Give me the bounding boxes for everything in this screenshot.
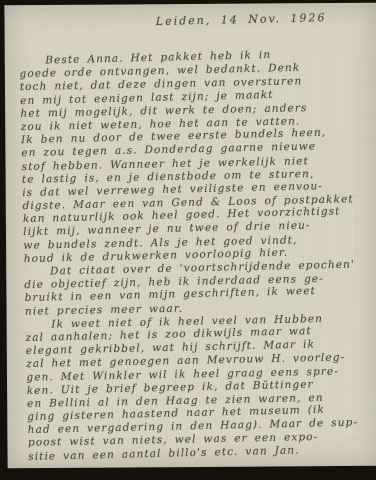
- letter-paper: Leiden, 14 Nov. 1926 Beste Anna. Het pak…: [4, 3, 376, 469]
- letter-body: Beste Anna. Het pakket heb ik ingoede or…: [19, 47, 376, 464]
- place-date-line: Leiden, 14 Nov. 1926: [0, 11, 326, 31]
- letter-content: Leiden, 14 Nov. 1926 Beste Anna. Het pak…: [0, 0, 376, 469]
